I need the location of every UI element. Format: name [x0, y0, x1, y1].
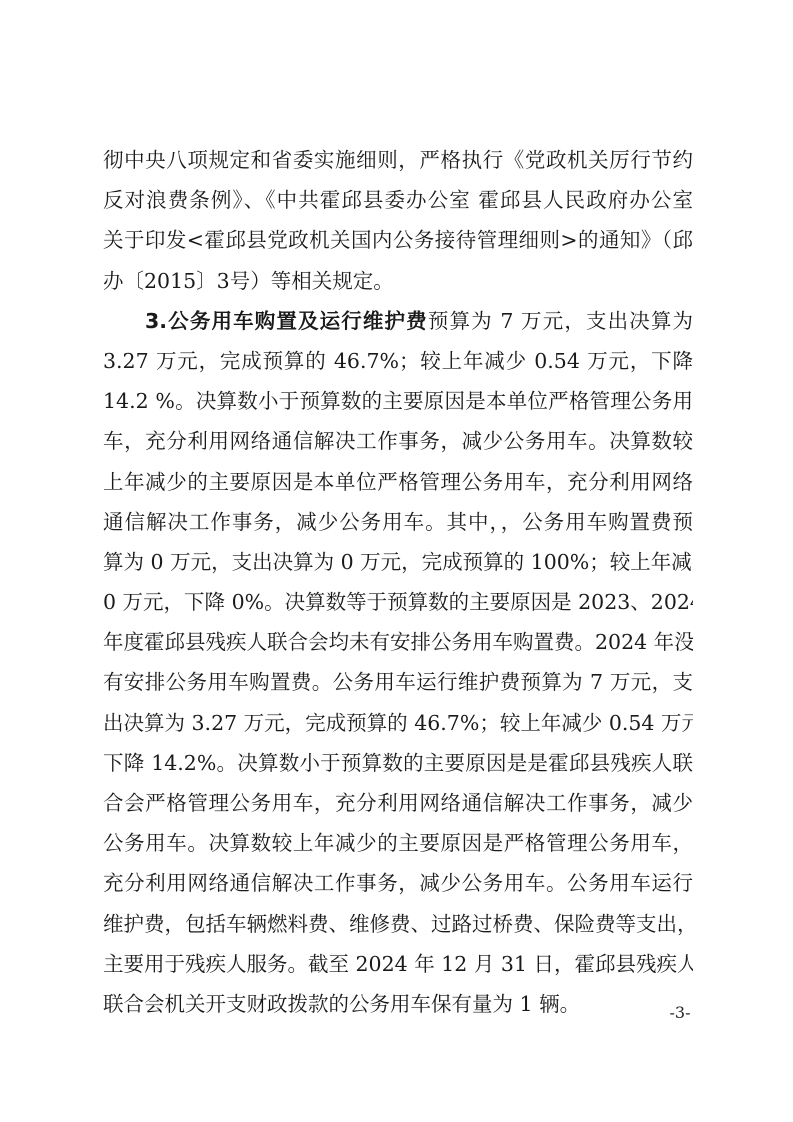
text-line: 彻中央八项规定和省委实施细则，严格执行《党政机关厉行节约 [103, 140, 693, 180]
text-line: 14.2 %。决算数小于预算数的主要原因是本单位严格管理公务用 [103, 381, 693, 421]
text-line: 出决算为 3.27 万元，完成预算的 46.7%；较上年减少 0.54 万元， [103, 703, 693, 743]
paragraph-vehicle-expenses: 3.公务用车购置及运行维护费预算为 7 万元，支出决算为 3.27 万元，完成预… [103, 301, 693, 1024]
text-line: 有安排公务用车购置费。公务用车运行维护费预算为 7 万元，支 [103, 662, 693, 702]
text-line: 充分利用网络通信解决工作事务，减少公务用车。公务用车运行 [103, 863, 693, 903]
page-number: -3- [660, 1003, 700, 1022]
text-line: 办〔2015〕3号）等相关规定。 [103, 261, 693, 301]
document-page: 彻中央八项规定和省委实施细则，严格执行《党政机关厉行节约 反对浪费条例》、《中共… [0, 0, 793, 1122]
text-line: 联合会机关开支财政拨款的公务用车保有量为 1 辆。 [103, 984, 693, 1024]
text-line: 车，充分利用网络通信解决工作事务，减少公务用车。决算数较 [103, 421, 693, 461]
text-line: 上年减少的主要原因是本单位严格管理公务用车，充分利用网络 [103, 462, 693, 502]
body-text: 彻中央八项规定和省委实施细则，严格执行《党政机关厉行节约 反对浪费条例》、《中共… [103, 140, 693, 1024]
text-line-heading: 3.公务用车购置及运行维护费预算为 7 万元，支出决算为 [103, 301, 693, 341]
text-line: 年度霍邱县残疾人联合会均未有安排公务用车购置费。2024 年没 [103, 622, 693, 662]
text-line: 主要用于残疾人服务。截至 2024 年 12 月 31 日，霍邱县残疾人 [103, 944, 693, 984]
text-line: 反对浪费条例》、《中共霍邱县委办公室 霍邱县人民政府办公室 [103, 180, 693, 220]
section-heading: 3.公务用车购置及运行维护费 [145, 309, 428, 333]
text-line: 0 万元，下降 0%。决算数等于预算数的主要原因是 2023、2024 [103, 582, 693, 622]
text-line: 关于印发<霍邱县党政机关国内公务接待管理细则>的通知》（邱 [103, 220, 693, 260]
text-line: 下降 14.2%。决算数小于预算数的主要原因是是霍邱县残疾人联 [103, 743, 693, 783]
text-fragment: 预算为 7 万元，支出决算为 [428, 309, 693, 333]
text-line: 通信解决工作事务，减少公务用车。其中，，公务用车购置费预 [103, 502, 693, 542]
text-line: 算为 0 万元，支出决算为 0 万元，完成预算的 100%；较上年减少 [103, 542, 693, 582]
text-line: 3.27 万元，完成预算的 46.7%；较上年减少 0.54 万元，下降 [103, 341, 693, 381]
text-line: 合会严格管理公务用车，充分利用网络通信解决工作事务，减少 [103, 783, 693, 823]
text-line: 公务用车。决算数较上年减少的主要原因是严格管理公务用车， [103, 823, 693, 863]
paragraph-reception-rules: 彻中央八项规定和省委实施细则，严格执行《党政机关厉行节约 反对浪费条例》、《中共… [103, 140, 693, 301]
text-line: 维护费，包括车辆燃料费、维修费、过路过桥费、保险费等支出， [103, 904, 693, 944]
